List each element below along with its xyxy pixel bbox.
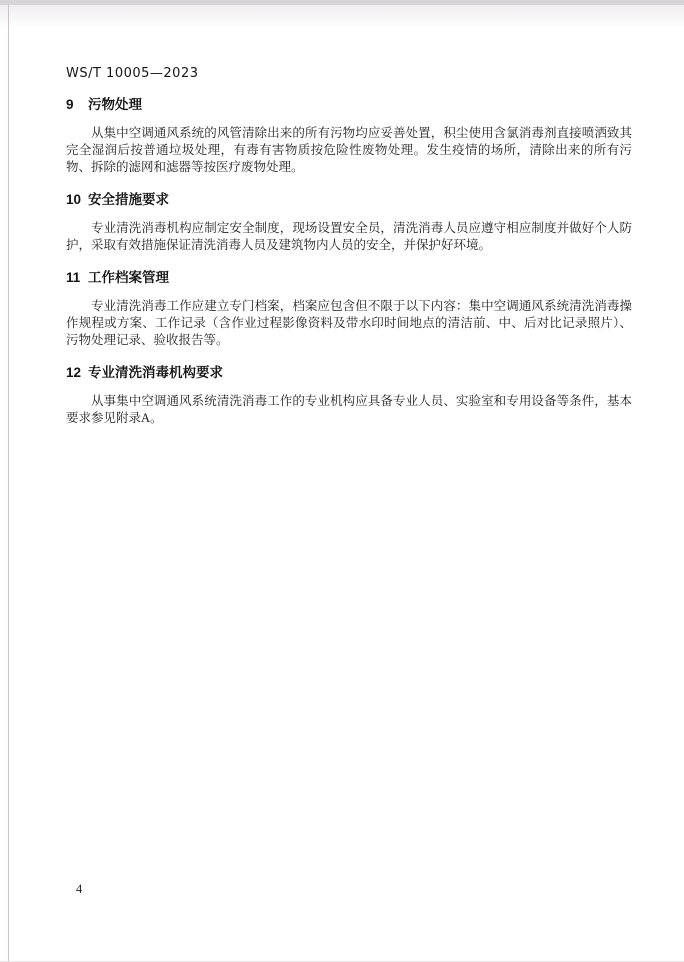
page-content: WS/T 10005—2023 9污物处理 从集中空调通风系统的风管清除出来的所… — [66, 66, 632, 427]
body-paragraph: 专业清洗消毒工作应建立专门档案，档案应包含但不限于以下内容：集中空调通风系统清洗… — [66, 298, 632, 349]
body-paragraph: 从事集中空调通风系统清洗消毒工作的专业机构应具备专业人员、实验室和专用设备等条件… — [66, 393, 632, 427]
section-number: 9 — [66, 97, 88, 113]
section-title: 专业清洗消毒机构要求 — [88, 365, 223, 380]
scan-edge-left — [8, 4, 9, 962]
section-number: 10 — [66, 192, 88, 208]
document-section: 10安全措施要求 专业清洗消毒机构应制定安全制度，现场设置安全员，清洗消毒人员应… — [66, 192, 632, 254]
section-number: 12 — [66, 365, 88, 381]
section-heading: 9污物处理 — [66, 97, 632, 113]
page-number: 4 — [76, 882, 82, 897]
section-heading: 10安全措施要求 — [66, 192, 632, 208]
section-title: 工作档案管理 — [88, 270, 169, 285]
section-title: 污物处理 — [88, 97, 142, 112]
document-body: 9污物处理 从集中空调通风系统的风管清除出来的所有污物均应妥善处置，积尘使用含氯… — [66, 97, 632, 427]
section-title: 安全措施要求 — [88, 192, 169, 207]
section-number: 11 — [66, 270, 88, 286]
document-section: 9污物处理 从集中空调通风系统的风管清除出来的所有污物均应妥善处置，积尘使用含氯… — [66, 97, 632, 176]
scan-shadow-top — [0, 5, 684, 29]
document-section: 12专业清洗消毒机构要求 从事集中空调通风系统清洗消毒工作的专业机构应具备专业人… — [66, 365, 632, 427]
section-heading: 12专业清洗消毒机构要求 — [66, 365, 632, 381]
document-page: WS/T 10005—2023 9污物处理 从集中空调通风系统的风管清除出来的所… — [0, 0, 684, 962]
document-section: 11工作档案管理 专业清洗消毒工作应建立专门档案，档案应包含但不限于以下内容：集… — [66, 270, 632, 349]
standard-number: WS/T 10005—2023 — [66, 66, 632, 81]
section-heading: 11工作档案管理 — [66, 270, 632, 286]
body-paragraph: 专业清洗消毒机构应制定安全制度，现场设置安全员，清洗消毒人员应遵守相应制度并做好… — [66, 220, 632, 254]
body-paragraph: 从集中空调通风系统的风管清除出来的所有污物均应妥善处置，积尘使用含氯消毒剂直接喷… — [66, 125, 632, 176]
